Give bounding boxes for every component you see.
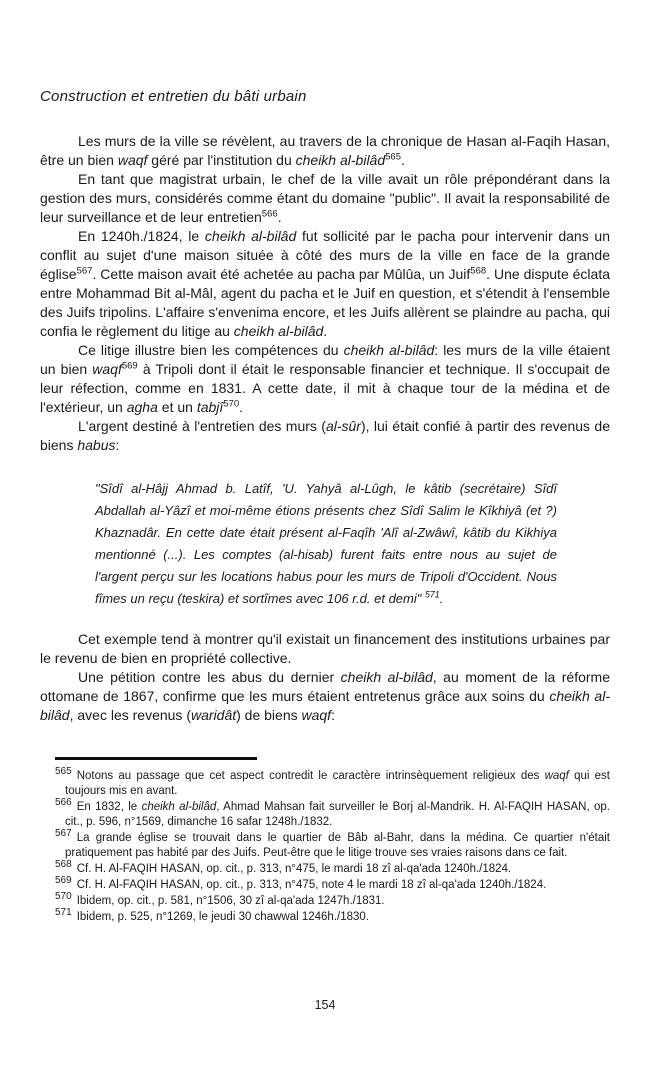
footnote-number: 571 [55,907,72,918]
italic-text: "Sîdî al-Hâjj Ahmad b. Latîf, 'U. Yahyâ … [95,481,557,606]
footnote: 567La grande église se trouvait dans le … [55,831,610,861]
text-run: . Cette maison avait été achetée au pach… [92,266,470,282]
document-page: Construction et entretien du bâti urbain… [0,0,650,1084]
paragraph: Les murs de la ville se révèlent, au tra… [40,132,610,170]
text-run: et un [158,399,197,415]
text-run: Cet exemple tend à montrer qu'il existai… [40,631,610,666]
page-content: Construction et entretien du bâti urbain… [40,88,610,926]
text-run: ) de biens [236,707,301,723]
block-quote: "Sîdî al-Hâjj Ahmad b. Latîf, 'U. Yahyâ … [95,478,557,610]
paragraph: Une pétition contre les abus du dernier … [40,668,610,725]
footnote-number: 566 [55,797,72,808]
footnote-separator [55,757,257,760]
footnotes-list: 565Notons au passage que cet aspect cont… [40,769,610,925]
text-run: Ibidem, p. 525, n°1269, le jeudi 30 chaw… [77,911,369,923]
text-run: Cf. H. Al-FAQIH HASAN, op. cit., p. 313,… [77,879,547,891]
text-run: : [116,437,120,453]
text-run: Notons au passage que cet aspect contred… [77,770,545,782]
footnote: 570Ibidem, op. cit., p. 581, n°1506, 30 … [55,894,610,909]
footnote: 569Cf. H. Al-FAQIH HASAN, op. cit., p. 3… [55,878,610,893]
italic-text: waqf [545,770,569,782]
paragraph: L'argent destiné à l'entretien des murs … [40,417,610,455]
paragraph: Cet exemple tend à montrer qu'il existai… [40,630,610,668]
footnote-number: 567 [55,828,72,839]
italic-text: cheikh al-bilâd [234,323,324,339]
text-run: Ibidem, op. cit., p. 581, n°1506, 30 zî … [77,895,385,907]
italic-text: cheikh al-bilâd [142,801,217,813]
text-run: En 1832, le [77,801,142,813]
footnote-number: 569 [55,875,72,886]
italic-text: al-sûr [326,418,361,434]
italic-text: waqf [92,361,122,377]
footnote-ref: 566 [262,208,278,219]
footnote: 571Ibidem, p. 525, n°1269, le jeudi 30 c… [55,910,610,925]
italic-text: cheikh al-bilâd [344,342,435,358]
paragraph: Ce litige illustre bien les compétences … [40,341,610,417]
footnote-ref: 569 [122,360,138,371]
text-run: Une pétition contre les abus du dernier [78,669,341,685]
italic-text: waridât [191,707,236,723]
text-run: . [440,591,444,606]
text-run: : [331,707,335,723]
footnote-ref: 567 [77,265,93,276]
page-number: 154 [0,998,650,1012]
italic-text: cheikh al-bilâd [296,152,386,168]
paragraph: En tant que magistrat urbain, le chef de… [40,170,610,227]
paragraph: En 1240h./1824, le cheikh al-bilâd fut s… [40,227,610,341]
text-run: Cf. H. Al-FAQIH HASAN, op. cit., p. 313,… [77,863,511,875]
text-run: . [401,152,405,168]
italic-text: agha [127,399,158,415]
text-run: , avec les revenus ( [70,707,191,723]
text-run: La grande église se trouvait dans le qua… [65,832,610,859]
footnote: 568Cf. H. Al-FAQIH HASAN, op. cit., p. 3… [55,862,610,877]
footnote-ref: 565 [385,151,401,162]
text-run: Ce litige illustre bien les compétences … [78,342,344,358]
text-run: géré par l'institution du [147,152,295,168]
footnote-ref: 570 [223,398,239,409]
text-run: . [239,399,243,415]
italic-text: cheikh al-bilâd [205,228,296,244]
footnote-number: 570 [55,891,72,902]
italic-text: waqf [118,152,148,168]
italic-text: waqf [302,707,332,723]
footnote-number: 568 [55,859,72,870]
text-run: . [278,209,282,225]
text-run: En tant que magistrat urbain, le chef de… [40,171,610,225]
italic-text: tabjî [197,399,223,415]
footnote-ref: 571 [425,590,440,600]
text-run: . [323,323,327,339]
footnote: 566En 1832, le cheikh al-bilâd, Ahmad Ma… [55,800,610,830]
text-run: L'argent destiné à l'entretien des murs … [78,418,326,434]
footnote-ref: 568 [470,265,486,276]
text-run: En 1240h./1824, le [78,228,205,244]
italic-text: habus [77,437,115,453]
text-blocks: Les murs de la ville se révèlent, au tra… [40,132,610,725]
footnote-number: 565 [55,766,72,777]
italic-text: cheikh al-bilâd [341,669,433,685]
footnote: 565Notons au passage que cet aspect cont… [55,769,610,799]
section-heading: Construction et entretien du bâti urbain [40,88,610,105]
